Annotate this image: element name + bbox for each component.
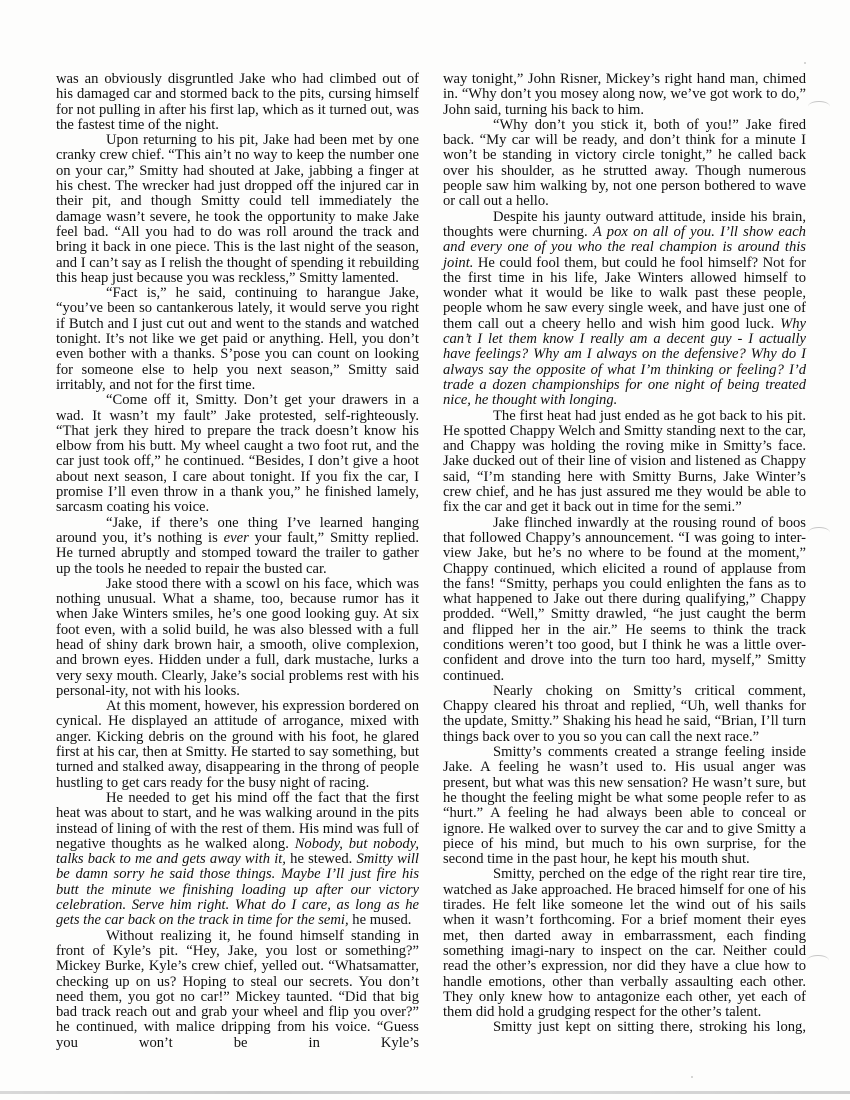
- page-bottom-edge: [0, 1091, 850, 1094]
- paragraph: Smitty’s comments created a strange feel…: [443, 745, 806, 867]
- paragraph-text: was an obviously disgruntled Jake who ha…: [56, 71, 419, 133]
- book-page: was an obviously disgruntled Jake who ha…: [0, 0, 850, 1100]
- paragraph: Jake flinched inwardly at the rousing ro…: [443, 516, 806, 684]
- paragraph: “Come off it, Smitty. Don’t get your dra…: [56, 393, 419, 515]
- paragraph: Without realizing it, he found himself s…: [56, 929, 419, 1051]
- scan-speck: [804, 62, 806, 64]
- paragraph: Smitty just kept on sitting there, strok…: [443, 1020, 806, 1035]
- left-column: was an obviously disgruntled Jake who ha…: [56, 72, 419, 1051]
- paragraph-text: Smitty, perched on the edge of the right…: [443, 866, 806, 1020]
- paragraph: Smitty, perched on the edge of the right…: [443, 867, 806, 1020]
- paragraph: Despite his jaunty outward attitude, ins…: [443, 210, 806, 409]
- paragraph-text: He could fool them, but could he fool hi…: [443, 255, 806, 332]
- paragraph-text: Without realizing it, he found himself s…: [56, 928, 419, 1051]
- margin-mark: [807, 955, 829, 966]
- paragraph: “Why don’t you stick it, both of you!” J…: [443, 118, 806, 210]
- paragraph-text: Smitty’s comments created a strange feel…: [443, 744, 806, 867]
- paragraph: was an obviously disgruntled Jake who ha…: [56, 72, 419, 133]
- paragraph-text: Nearly choking on Smitty’s critical comm…: [443, 683, 806, 745]
- paragraph-text: Jake flinched inwardly at the rousing ro…: [443, 515, 806, 684]
- paragraph: At this moment, however, his expression …: [56, 699, 419, 791]
- paragraph-text: Smitty just kept on sitting there, strok…: [493, 1019, 806, 1035]
- scan-speck: [691, 1076, 693, 1078]
- paragraph: Jake stood there with a scowl on his fac…: [56, 577, 419, 699]
- paragraph-text: he mused.: [349, 912, 412, 928]
- margin-mark: [808, 527, 830, 538]
- paragraph: way tonight,” John Risner, Mickey’s righ…: [443, 72, 806, 118]
- paragraph: He needed to get his mind off the fact t…: [56, 791, 419, 929]
- paragraph-text: “Come off it, Smitty. Don’t get your dra…: [56, 392, 419, 515]
- paragraph-text: Upon returning to his pit, Jake had been…: [56, 132, 419, 286]
- paragraph-text: “Why don’t you stick it, both of you!” J…: [443, 117, 806, 209]
- paragraph-text: way tonight,” John Risner, Mickey’s righ…: [443, 71, 806, 118]
- paragraph-text: At this moment, however, his expression …: [56, 698, 419, 790]
- paragraph-text: Jake stood there with a scowl on his fac…: [56, 576, 419, 699]
- paragraph-text: he stewed.: [286, 851, 356, 867]
- right-column: way tonight,” John Risner, Mickey’s righ…: [443, 72, 806, 1036]
- paragraph: “Jake, if there’s one thing I’ve learned…: [56, 516, 419, 577]
- margin-mark: [808, 101, 830, 112]
- italic-text: ever: [224, 530, 249, 546]
- paragraph: Nearly choking on Smitty’s critical comm…: [443, 684, 806, 745]
- paragraph-text: “Fact is,” he said, continuing to harang…: [56, 285, 419, 393]
- paragraph: Upon returning to his pit, Jake had been…: [56, 133, 419, 286]
- paragraph: “Fact is,” he said, continuing to harang…: [56, 286, 419, 393]
- paragraph: The first heat had just ended as he got …: [443, 409, 806, 516]
- paragraph-text: The first heat had just ended as he got …: [443, 408, 806, 516]
